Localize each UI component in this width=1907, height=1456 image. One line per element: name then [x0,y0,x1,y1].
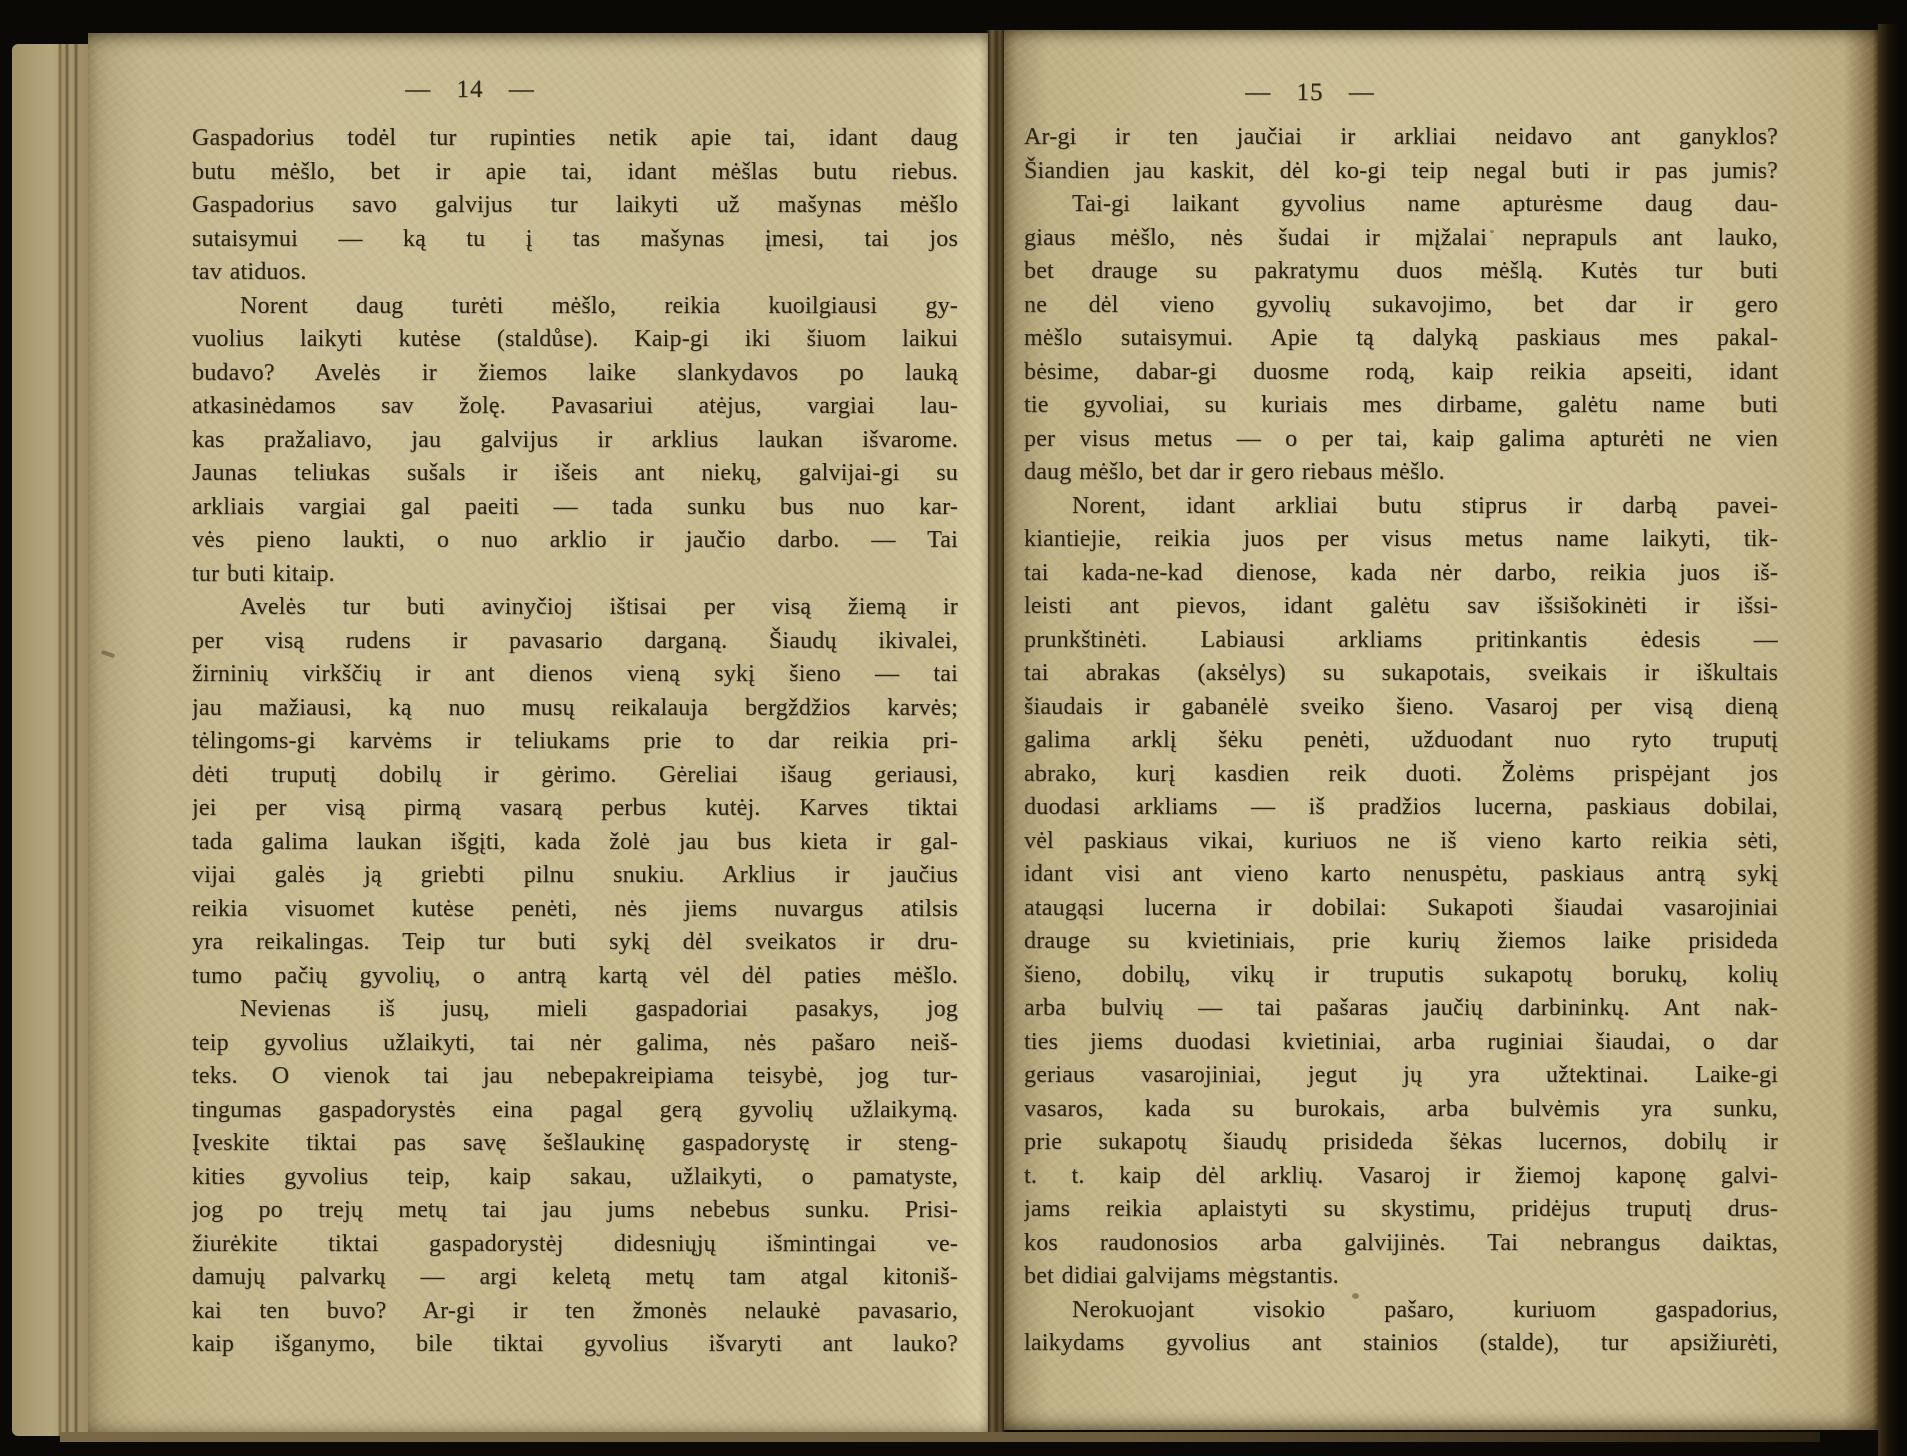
text-line: yra reikalingas. Teip tur buti sykį dėl … [192,926,958,960]
text-line: žiurėkite tiktai gaspadorystėj didesniųj… [192,1228,958,1262]
text-line: tur buti kitaip. [192,558,958,592]
text-line: vijai galės ją griebti pilnu snukiu. Ark… [192,859,958,893]
text-line: teip gyvolius užlaikyti, tai nėr galima,… [192,1027,958,1061]
text-line: jams reikia aplaistyti su skystimu, prid… [1024,1193,1778,1227]
text-line: galima arklį šėku penėti, užduodant nuo … [1024,724,1778,758]
right-page-text: Ar-gi ir ten jaučiai ir arkliai neidavo … [1024,121,1778,1361]
text-line: Gaspadorius todėl tur rupinties netik ap… [192,122,958,156]
text-line: jei per visą pirmą vasarą perbus kutėj. … [192,792,958,826]
text-line: per visus metus — o per tai, kaip galima… [1024,423,1778,457]
text-line: tai abrakas (aksėlys) su sukapotais, sve… [1024,657,1778,691]
page-edge-bottom [60,1432,1820,1442]
text-line: šiaudais ir gabanėlė sveiko šieno. Vasar… [1024,691,1778,725]
text-line: arkliais vargiai gal paeiti — tada sunku… [192,491,958,525]
text-line: reikia visuomet kutėse penėti, nės jiems… [192,893,958,927]
text-line: Nevienas iš jusų, mieli gaspadoriai pasa… [192,993,958,1027]
text-line: t. t. kaip dėl arklių. Vasaroj ir žiemoj… [1024,1160,1778,1194]
text-line: kai ten buvo? Ar-gi ir ten žmonės nelauk… [192,1295,958,1329]
left-page-text: Gaspadorius todėl tur rupinties netik ap… [192,122,958,1362]
text-line: damujų palvarkų — argi keletą metų tam a… [192,1261,958,1295]
book-scan: — 14 — — 15 — Gaspadorius todėl tur rupi… [0,0,1907,1456]
text-line: duodasi arkliams — iš pradžios lucerna, … [1024,791,1778,825]
text-line: kas pražaliavo, jau galvijus ir arklius … [192,424,958,458]
text-line: vuolius laikyti kutėse (staldůse). Kaip-… [192,323,958,357]
text-line: Nerokuojant visokio pašaro, kuriuom gasp… [1024,1294,1778,1328]
text-line: vasaros, kada su burokais, arba bulvėmis… [1024,1093,1778,1127]
text-line: mėšlo sutaisymui. Apie tą dalyką paskiau… [1024,322,1778,356]
text-line: ataugąsi lucerna ir dobilai: Sukapoti ši… [1024,892,1778,926]
text-line: Norent, idant arkliai butu stiprus ir da… [1024,490,1778,524]
page-edge-right [1878,24,1907,1456]
text-line: atkasinėdamos sav žolę. Pavasariui atėju… [192,390,958,424]
text-line: jog po trejų metų tai jau jums nebebus s… [192,1194,958,1228]
paper-speck [1490,230,1494,233]
text-line: butu mėšlo, bet ir apie tai, idant mėšla… [192,156,958,190]
text-line: ties jiems duodasi kvietiniai, arba rugi… [1024,1026,1778,1060]
gutter-shadow [986,30,1006,1435]
text-line: laikydams gyvolius ant stainios (stalde)… [1024,1327,1778,1361]
text-line: tie gyvoliai, su kuriais mes dirbame, ga… [1024,389,1778,423]
text-line: sutaisymui — ką tu į tas mašynas įmesi, … [192,223,958,257]
text-line: arba bulvių — tai pašaras jaučių darbini… [1024,992,1778,1026]
text-line: giaus mėšlo, nės šudai ir mįžalai neprap… [1024,222,1778,256]
text-line: tėlingoms-gi karvėms ir teliukams prie t… [192,725,958,759]
page-number-left: — 14 — [290,74,650,106]
text-line: teks. O vienok tai jau nebepakreipiama t… [192,1060,958,1094]
text-line: Jaunas teliukas sušals ir išeis ant niek… [192,457,958,491]
text-line: prie sukapotų šiaudų prisideda šėkas luc… [1024,1126,1778,1160]
text-line: prunkštinėti. Labiausi arkliams pritinka… [1024,624,1778,658]
text-line: bet didiai galvijams mėgstantis. [1024,1260,1778,1294]
text-line: tingumas gaspadorystės eina pagal gerą g… [192,1094,958,1128]
paper-speck [330,470,334,474]
text-line: bet drauge su pakratymu duos mėšlą. Kutė… [1024,255,1778,289]
text-line: tumo pačių gyvolių, o antrą kartą vėl dė… [192,960,958,994]
text-line: idant visi ant vieno karto nenuspėtu, pa… [1024,858,1778,892]
text-line: kos raudonosios arba galvijinės. Tai neb… [1024,1227,1778,1261]
text-line: bėsime, dabar-gi duosme rodą, kaip reiki… [1024,356,1778,390]
text-line: kiantiejie, reikia juos per visus metus … [1024,523,1778,557]
text-line: šieno, dobilų, vikų ir truputis sukapotų… [1024,959,1778,993]
paper-speck [1352,1293,1359,1299]
text-line: vės pieno laukti, o nuo arklio ir jaučio… [192,524,958,558]
text-line: Šiandien jau kaskit, dėl ko-gi teip nega… [1024,155,1778,189]
text-line: žirninių virkščių ir ant dienos vieną sy… [192,658,958,692]
page-number-right: — 15 — [1128,77,1492,109]
text-line: budavo? Avelės ir žiemos laike slankydav… [192,357,958,391]
text-line: Gaspadorius savo galvijus tur laikyti už… [192,189,958,223]
text-line: Norent daug turėti mėšlo, reikia kuoilgi… [192,290,958,324]
text-line: Ar-gi ir ten jaučiai ir arkliai neidavo … [1024,121,1778,155]
text-line: geriaus vasarojiniai, jegut jų yra užtek… [1024,1059,1778,1093]
text-line: Įveskite tiktai pas savę šešlaukinę gasp… [192,1127,958,1161]
text-line: tav atiduos. [192,256,958,290]
text-line: leisti ant pievos, idant galėtu sav išsi… [1024,590,1778,624]
text-line: Tai-gi laikant gyvolius name apturėsme d… [1024,188,1778,222]
text-line: vėl paskiaus vikai, kuriuos ne iš vieno … [1024,825,1778,859]
text-line: daug mėšlo, bet dar ir gero riebaus mėšl… [1024,456,1778,490]
text-line: tada galima laukan išgįti, kada žolė jau… [192,826,958,860]
text-line: tai kada-ne-kad dienose, kada nėr darbo,… [1024,557,1778,591]
text-line: per visą rudens ir pavasario darganą. Ši… [192,625,958,659]
text-line: abrako, kurį kasdien reik duoti. Žolėms … [1024,758,1778,792]
text-line: ne dėl vieno gyvolių sukavojimo, bet dar… [1024,289,1778,323]
text-line: jau mažiausi, ką nuo musų reikalauja ber… [192,692,958,726]
text-line: Avelės tur buti avinyčioj ištisai per vi… [192,591,958,625]
text-line: dėti truputį dobilų ir gėrimo. Gėreliai … [192,759,958,793]
text-line: kaip išganymo, bile tiktai gyvolius išva… [192,1328,958,1362]
text-line: drauge su kvietiniais, prie kurių žiemos… [1024,925,1778,959]
text-line: kities gyvolius teip, kaip sakau, užlaik… [192,1161,958,1195]
